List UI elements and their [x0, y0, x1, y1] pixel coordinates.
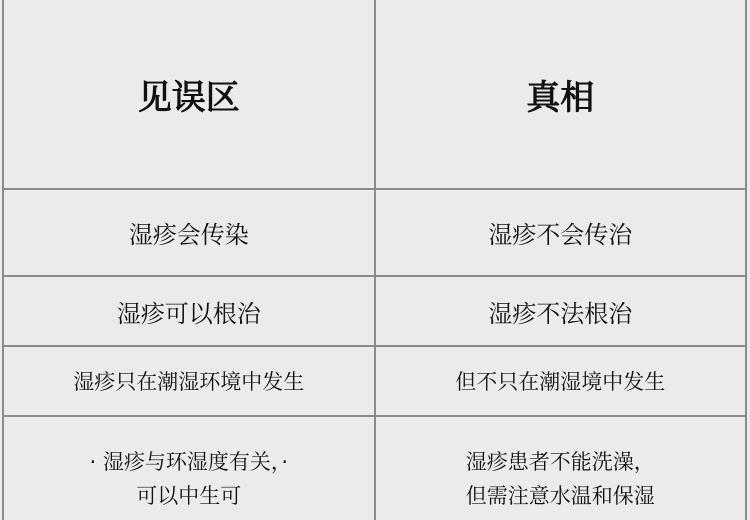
truth-line: 但需注意水温和保湿	[466, 479, 655, 500]
truth-cell: 但不只在潮湿境中发生	[376, 347, 746, 415]
myth-cell: 湿疹只在潮湿环境中发生	[4, 347, 376, 415]
myth-line: 可以中生可	[136, 479, 241, 500]
myth-cell: 湿疹会传染	[4, 190, 376, 275]
truth-cell: 湿疹不法根治	[376, 277, 746, 345]
myth-cell: · 湿疹与环湿度有关，· 可以中生可	[4, 417, 376, 500]
truth-cell: 湿疹患者不能洗澡， 但需注意水温和保湿	[376, 417, 746, 500]
myth-vs-truth-table: 见误区 真相 湿疹会传染 湿疹不会传治 湿疹可以根治 湿疹不法根治 湿疹只在潮湿…	[2, 0, 747, 500]
truth-line: 湿疹患者不能洗澡，	[466, 445, 655, 479]
header-myth: 见误区	[4, 0, 376, 188]
header-row: 见误区 真相	[4, 0, 745, 188]
header-truth: 真相	[376, 0, 746, 188]
table-row: · 湿疹与环湿度有关，· 可以中生可 湿疹患者不能洗澡， 但需注意水温和保湿	[4, 415, 745, 500]
table-row: 湿疹可以根治 湿疹不法根治	[4, 275, 745, 345]
truth-cell: 湿疹不会传治	[376, 190, 746, 275]
myth-line: · 湿疹与环湿度有关，·	[89, 445, 288, 479]
table-row: 湿疹会传染 湿疹不会传治	[4, 188, 745, 275]
table-row: 湿疹只在潮湿环境中发生 但不只在潮湿境中发生	[4, 345, 745, 415]
myth-cell: 湿疹可以根治	[4, 277, 376, 345]
